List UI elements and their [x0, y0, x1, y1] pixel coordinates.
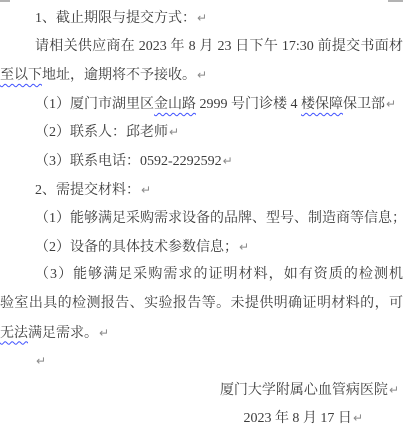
paragraph-mark-icon: ↵ [36, 354, 46, 368]
paragraph-mark-icon: ↵ [223, 154, 233, 168]
text-segment: 满足需求。 [28, 326, 98, 341]
doc-line-empty-paragraph: ↵ [0, 347, 403, 376]
paragraph-mark-icon: ↵ [99, 326, 109, 340]
text-segment: 1、截止期限与提交方式： [35, 11, 196, 26]
spellcheck-flagged-text: 楼保障 [301, 97, 343, 112]
paragraph-mark-icon: ↵ [389, 383, 399, 397]
text-segment: 厦门大学附属心血管病医院 [220, 383, 388, 398]
doc-line-heading-materials: 2、需提交材料：↵ [0, 176, 403, 205]
doc-line-item-tech-params: （2）设备的具体技术参数信息；↵ [0, 233, 403, 262]
paragraph-mark-icon: ↵ [197, 11, 207, 25]
paragraph-mark-icon: ↵ [386, 97, 396, 111]
doc-line-item-brand-info: （1）能够满足采购需求设备的品牌、型号、制造商等信息；↵ [0, 204, 403, 233]
text-segment: 2999 号门诊楼 4 [196, 97, 301, 112]
doc-line-item-contact-phone: （3）联系电话：0592-2292592↵ [0, 147, 403, 176]
document-body: 1、截止期限与提交方式：↵请相关供应商在 2023 年 8 月 23 日下午 1… [0, 0, 403, 433]
spellcheck-flagged-text: 无法 [0, 326, 28, 341]
text-segment: 验室出具的检测报告、实验报告等。未提供明确证明材料的，可视 [0, 296, 403, 319]
paragraph-mark-icon: ↵ [197, 68, 207, 82]
text-segment: 2、需提交材料： [35, 183, 140, 198]
text-segment: 保卫部 [343, 97, 385, 112]
spellcheck-flagged-text: 至以下 [0, 68, 42, 83]
paragraph-mark-icon: ↵ [239, 240, 249, 254]
doc-line-para-deadline-line2: 至以下地址，逾期将不予接收。↵ [0, 61, 403, 90]
spellcheck-flagged-text: 金山路 [154, 97, 196, 112]
text-segment: （1）厦门市湖里区 [35, 97, 154, 112]
doc-line-signature-date: 2023 年 8 月 17 日↵ [0, 404, 403, 433]
text-segment: 地址，逾期将不予接收。 [42, 68, 196, 83]
text-segment: （1）能够满足采购需求设备的品牌、型号、制造商等信息； [35, 211, 403, 226]
text-segment: 请相关供应商在 2023 年 8 月 23 日下午 17:30 前提交书面材料 [35, 39, 403, 62]
text-segment: 2023 年 8 月 17 日 [243, 411, 352, 426]
text-segment: （2）设备的具体技术参数信息； [35, 240, 238, 255]
text-segment: （3）能够满足采购需求的证明材料，如有资质的检测机构、实 [35, 267, 403, 290]
text-segment: （2）联系人：邱老师 [35, 125, 168, 140]
crop-mark-top-left-icon [0, 0, 10, 2]
paragraph-mark-icon: ↵ [169, 125, 179, 139]
document-page: 1、截止期限与提交方式：↵请相关供应商在 2023 年 8 月 23 日下午 1… [0, 0, 403, 434]
doc-line-item-proof-line1: （3）能够满足采购需求的证明材料，如有资质的检测机构、实 [0, 261, 403, 290]
doc-line-item-proof-line2: 验室出具的检测报告、实验报告等。未提供明确证明材料的，可视同 [0, 290, 403, 319]
doc-line-item-address: （1）厦门市湖里区金山路 2999 号门诊楼 4 楼保障保卫部↵ [0, 90, 403, 119]
doc-line-item-contact-person: （2）联系人：邱老师↵ [0, 118, 403, 147]
doc-line-item-proof-line3: 无法满足需求。↵ [0, 319, 403, 348]
doc-line-para-deadline-line1: 请相关供应商在 2023 年 8 月 23 日下午 17:30 前提交书面材料 [0, 33, 403, 62]
paragraph-mark-icon: ↵ [141, 183, 151, 197]
paragraph-mark-icon: ↵ [353, 411, 363, 425]
doc-line-heading-deadline: 1、截止期限与提交方式：↵ [0, 4, 403, 33]
crop-mark-top-right-icon [388, 0, 403, 2]
doc-line-signature-org: 厦门大学附属心血管病医院↵ [0, 376, 403, 405]
text-segment: （3）联系电话：0592-2292592 [35, 154, 222, 169]
